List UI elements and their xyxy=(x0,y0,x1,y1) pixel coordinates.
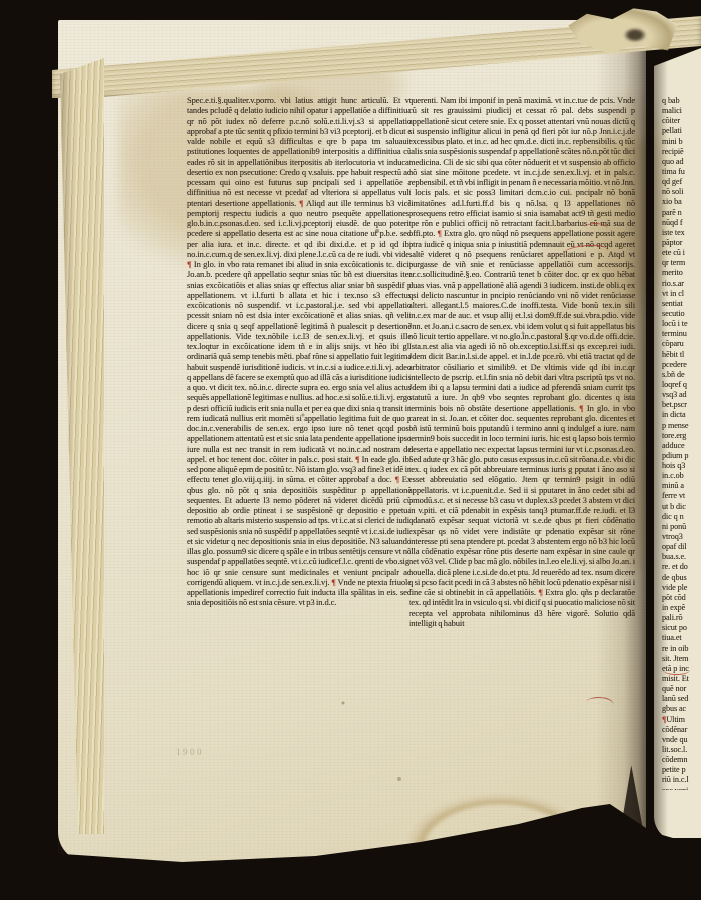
facing-page-line: vsq3 ad xyxy=(662,390,701,400)
facing-page-line: malici xyxy=(662,106,701,116)
facing-page-line: pãptor xyxy=(662,238,701,248)
facing-page-line: ut b dic xyxy=(662,502,701,512)
facing-page-line: qd gef xyxy=(662,177,701,187)
facing-page-line: petite p xyxy=(662,765,701,775)
facing-page-line: gbus ac xyxy=(662,704,701,714)
facing-page-line: opaf dil xyxy=(662,542,701,552)
facing-page-line: tima fu xyxy=(662,167,701,177)
facing-page-line: pellati xyxy=(662,126,701,136)
facing-page-line: minũ a xyxy=(662,481,701,491)
facing-page-line: recipiẽ xyxy=(662,147,701,157)
facing-page-line: rio.s.ar xyxy=(662,279,701,289)
facing-page-line: in dicta xyxy=(662,410,701,420)
pilcrow-rubric: ¶ xyxy=(394,474,399,484)
facing-page-line: bet.pscr xyxy=(662,400,701,410)
facing-page-line: q bab xyxy=(662,96,701,106)
facing-page-line: cõdẽnar xyxy=(662,725,701,735)
facing-page-line: misit. Et xyxy=(662,674,701,684)
facing-page-line: ferre vt xyxy=(662,491,701,501)
pilcrow-rubric: ¶ xyxy=(187,259,192,269)
faint-penciled-number: 1900 xyxy=(176,747,204,757)
facing-page-text: q babmalicicõiterpellatimini brecipiẽquo… xyxy=(662,96,701,790)
facing-page-line: de qbus xyxy=(662,573,701,583)
facing-page-line: lit.soc.l. xyxy=(662,745,701,755)
pilcrow-rubric: ¶ xyxy=(579,403,584,413)
facing-page-line: nõ soli xyxy=(662,187,701,197)
facing-page-line: parẽ n xyxy=(662,208,701,218)
facing-page-line: lanũ sed xyxy=(662,694,701,704)
facing-page-line: iste tex xyxy=(662,228,701,238)
facing-page-line: pali.rõ xyxy=(662,613,701,623)
facing-page-line: tiua.et xyxy=(662,633,701,643)
facing-page-line: re in oib xyxy=(662,644,701,654)
pilcrow-rubric: ¶ xyxy=(331,577,336,587)
facing-page-line: pdium p xyxy=(662,451,701,461)
facing-page-line: xio ba xyxy=(662,197,701,207)
facing-page-line: tore.erg xyxy=(662,431,701,441)
book-photograph: //De appellationibus Spec.e.ti.§.qualite… xyxy=(0,0,701,900)
facing-page-line: ni ponũ xyxy=(662,522,701,532)
facing-page-line: riũ in.c.l xyxy=(662,775,701,785)
facing-page-line: re. et do xyxy=(662,562,701,572)
facing-page-line: terminu xyxy=(662,329,701,339)
facing-page-line: secutio xyxy=(662,309,701,319)
facing-page-line: adduce xyxy=(662,441,701,451)
facing-page-line: vt in cl xyxy=(662,289,701,299)
pilcrow-rubric: ¶ xyxy=(355,454,360,464)
pilcrow-rubric: ¶ xyxy=(299,198,304,208)
pilcrow-rubric: ¶ xyxy=(662,715,666,724)
facing-page-line: quẽ nor xyxy=(662,684,701,694)
text-column-left: Spec.e.ti.§.qualiter.v.porro. vbi latius… xyxy=(187,95,411,763)
corner-notch-shadow xyxy=(624,28,646,42)
facing-page-line: s.bñ de xyxy=(662,370,701,380)
facing-page-line: vide ple xyxy=(662,583,701,593)
facing-page-line: nũqd f xyxy=(662,218,701,228)
facing-page-line: soc.veni xyxy=(662,786,701,790)
facing-page-line: pcedere xyxy=(662,360,701,370)
facing-page-line: põt cõd xyxy=(662,593,701,603)
facing-page-line: dic q n xyxy=(662,512,701,522)
facing-page-line: loqref q xyxy=(662,380,701,390)
facing-page-line: sit. Jtem xyxy=(662,654,701,664)
facing-page-line: vnde qu xyxy=(662,735,701,745)
facing-page-line: in.c.ob xyxy=(662,471,701,481)
facing-page-line: ete cũ i xyxy=(662,248,701,258)
facing-page-line: sentiat xyxy=(662,299,701,309)
facing-page-line: qr term xyxy=(662,258,701,268)
facing-page-line: bua.s.e. xyxy=(662,552,701,562)
facing-page-line: ¶Ultim xyxy=(662,715,701,725)
facing-page-line: sicut po xyxy=(662,623,701,633)
facing-page-line: cõparu xyxy=(662,339,701,349)
facing-page-line: cõiter xyxy=(662,116,701,126)
facing-page-line: mini b xyxy=(662,137,701,147)
facing-page-line: merito xyxy=(662,268,701,278)
gutter-shadow xyxy=(596,20,646,852)
paper-specks xyxy=(0,0,2,2)
facing-page-line: hois q3 xyxy=(662,461,701,471)
facing-page-line: in expẽ xyxy=(662,603,701,613)
pilcrow-rubric: ¶ xyxy=(437,228,442,238)
pilcrow-rubric: ¶ xyxy=(538,587,543,597)
facing-page-line: p mense xyxy=(662,421,701,431)
facing-page-line: locũ i te xyxy=(662,319,701,329)
facing-page-line: hẽbit tl xyxy=(662,350,701,360)
facing-page-line: vtroq3 xyxy=(662,532,701,542)
facing-page-line: quo ad xyxy=(662,157,701,167)
facing-page-line: cõdemn xyxy=(662,755,701,765)
